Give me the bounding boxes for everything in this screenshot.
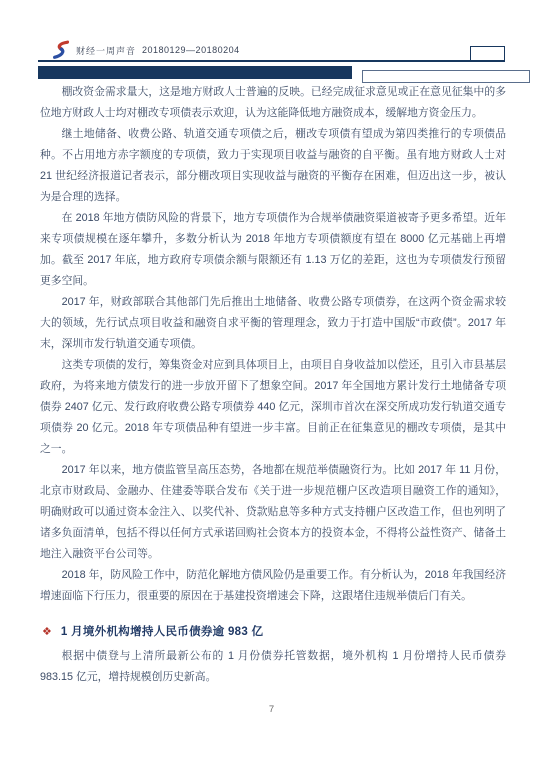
paragraph: 2018 年，防风险工作中，防范化解地方债风险仍是重要工作。有分析认为，2018… (40, 565, 506, 607)
section-heading: ❖ 1 月境外机构增持人民币债券逾 983 亿 (42, 622, 506, 643)
header-rule-notch (470, 46, 505, 61)
header-rule (38, 60, 505, 62)
header-bar-solid (38, 66, 352, 79)
page-footer: 7 (0, 704, 543, 715)
document-page: 财经一周声音 20180129—20180204 棚改资金需求量大，这是地方财政… (0, 0, 543, 768)
header-title: 财经一周声音 (76, 44, 136, 57)
document-body: 棚改资金需求量大，这是地方财政人士普遍的反映。已经完成征求意见或正在意见征集中的… (40, 82, 506, 688)
page-number: 7 (269, 704, 274, 715)
paragraph: 棚改资金需求量大，这是地方财政人士普遍的反映。已经完成征求意见或正在意见征集中的… (40, 82, 506, 124)
header-date-range: 20180129—20180204 (142, 45, 240, 55)
paragraph: 根据中债登与上清所最新公布的 1 月份债券托管数据，境外机构 1 月份增持人民币… (40, 646, 506, 688)
s-lightning-logo-icon (52, 40, 70, 60)
diamond-bullet-icon: ❖ (42, 622, 52, 643)
paragraph: 2017 年，财政部联合其他部门先后推出土地储备、收费公路专项债券，在这两个资金… (40, 292, 506, 355)
paragraph: 这类专项债的发行，筹集资金对应到具体项目上，由项目自身收益加以偿还，且引入市县基… (40, 355, 506, 460)
section-heading-text: 1 月境外机构增持人民币债券逾 983 亿 (61, 622, 263, 643)
paragraph: 继土地储备、收费公路、轨道交通专项债之后，棚改专项债有望成为第四类推行的专项债品… (40, 124, 506, 208)
paragraph: 在 2018 年地方债防风险的背景下，地方专项债作为合规举债融资渠道被寄予更多希… (40, 208, 506, 292)
header-brand: 财经一周声音 20180129—20180204 (52, 40, 240, 60)
paragraph: 2017 年以来，地方债监管呈高压态势，各地都在规范举债融资行为。比如 2017… (40, 460, 506, 565)
